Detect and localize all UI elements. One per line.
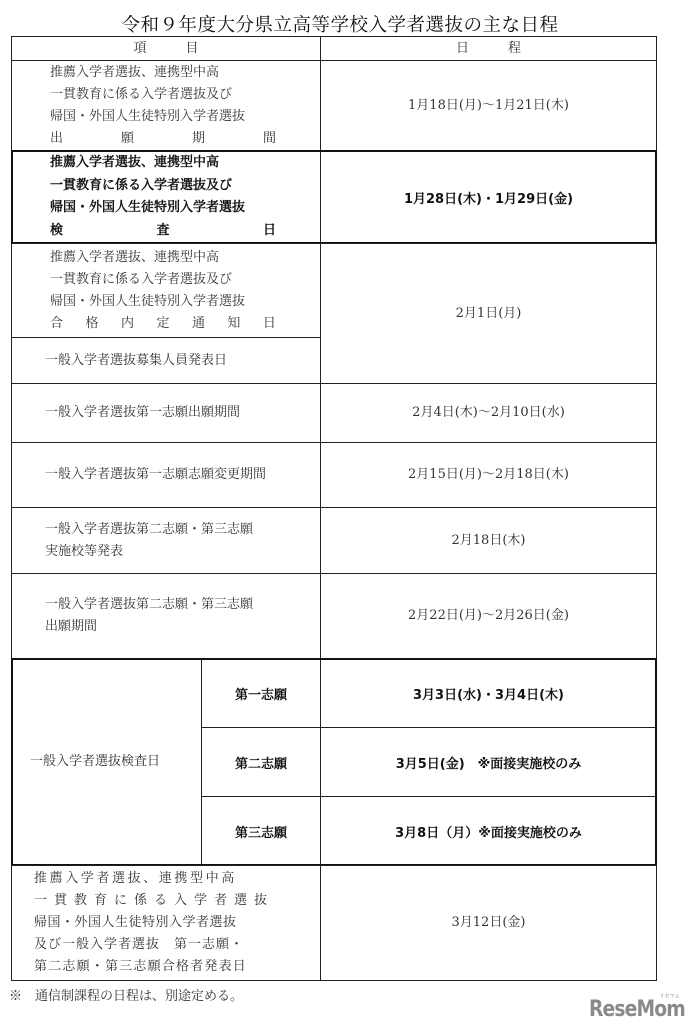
item-line: 一般入学者選抜検査日	[30, 751, 201, 773]
header-date: 日 程	[320, 36, 657, 61]
date-value: 3月3日(水)・3月4日(木)	[413, 684, 564, 703]
exam-sub-label: 第一志願	[201, 658, 321, 728]
date-value: 3月12日(金)	[452, 912, 526, 934]
item-line: 第二志願・第三志願合格者発表日	[34, 956, 320, 978]
item-char: 間	[263, 128, 276, 150]
table-row-item: 推薦入学者選抜、連携型中高 一貫教育に係る入学者選抜及び 帰国・外国人生徒特別入…	[11, 60, 321, 151]
sub-label: 第三志願	[235, 822, 287, 841]
item-line: 一貫教育に係る入学者選抜	[34, 890, 320, 912]
sub-label: 第二志願	[235, 753, 287, 772]
item-char: 査	[156, 220, 169, 243]
table-row-date: 2月1日(月)	[320, 243, 657, 384]
exam-sub-date: 3月5日(金) ※面接実施校のみ	[320, 727, 657, 797]
item-line: 推薦入学者選抜、連携型中高	[50, 62, 320, 84]
header-item: 項 目	[11, 36, 321, 61]
table-row-date: 2月4日(木)～2月10日(水)	[320, 383, 657, 443]
date-value: 2月15日(月)～2月18日(木)	[408, 464, 569, 486]
logo-text: ReseMom	[589, 997, 685, 1022]
date-value: 2月18日(木)	[452, 530, 526, 552]
item-line: 一般入学者選抜第二志願・第三志願	[45, 594, 320, 616]
table-row-item: 一般入学者選抜第二志願・第三志願 出願期間	[11, 573, 321, 659]
item-line: 一般入学者選抜第一志願志願変更期間	[45, 464, 320, 486]
item-line: 一貫教育に係る入学者選抜及び	[50, 84, 320, 106]
date-value: 1月28日(木)・1月29日(金)	[404, 188, 573, 207]
header-date-label: 日 程	[456, 38, 521, 60]
table-row-item: 一般入学者選抜第二志願・第三志願 実施校等発表	[11, 507, 321, 574]
date-value: 2月22日(月)～2月26日(金)	[408, 605, 569, 627]
item-char: 内	[121, 313, 134, 335]
table-row-date: 2月15日(月)～2月18日(木)	[320, 442, 657, 508]
item-char: 格	[85, 313, 98, 335]
date-value: 3月8日（月）※面接実施校のみ	[395, 822, 582, 841]
date-value: 3月5日(金) ※面接実施校のみ	[396, 753, 582, 772]
table-row-item: 一般入学者選抜第一志願出願期間	[11, 383, 321, 443]
item-line: 一貫教育に係る入学者選抜及び	[50, 269, 320, 291]
item-line: 実施校等発表	[45, 541, 320, 563]
item-char: 定	[156, 313, 169, 335]
item-line: 出願期間	[45, 616, 320, 638]
header-item-label: 項 目	[133, 38, 198, 60]
item-char: 出	[50, 128, 63, 150]
item-char: 知	[227, 313, 240, 335]
item-char: 合	[50, 313, 63, 335]
table-row-item: 一般入学者選抜第一志願志願変更期間	[11, 442, 321, 508]
exam-item: 一般入学者選抜検査日	[11, 658, 202, 866]
item-line: 推薦入学者選抜、連携型中高	[34, 868, 320, 890]
item-line: 一般入学者選抜第一志願出願期間	[45, 402, 320, 424]
item-line: 一般入学者選抜募集人員発表日	[45, 350, 320, 372]
table-row-date: 1月18日(月)～1月21日(木)	[320, 60, 657, 151]
date-value: 2月1日(月)	[456, 303, 522, 325]
exam-sub-label: 第二志願	[201, 727, 321, 797]
exam-sub-date: 3月3日(水)・3月4日(木)	[320, 658, 657, 728]
item-char: 通	[192, 313, 205, 335]
table-row-date: 1月28日(木)・1月29日(金)	[320, 150, 657, 244]
date-value: 1月18日(月)～1月21日(木)	[408, 95, 569, 117]
item-line: 帰国・外国人生徒特別入学者選抜	[34, 912, 320, 934]
item-line: 推薦入学者選抜、連携型中高	[50, 152, 320, 175]
table-row-item: 一般入学者選抜募集人員発表日	[11, 337, 321, 384]
table-row-date: 3月12日(金)	[320, 865, 657, 981]
item-line: 及び一般入学者選抜 第一志願・	[34, 934, 320, 956]
exam-sub-date: 3月8日（月）※面接実施校のみ	[320, 796, 657, 866]
item-line: 帰国・外国人生徒特別入学者選抜	[50, 291, 320, 313]
table-row-date: 2月22日(月)～2月26日(金)	[320, 573, 657, 659]
resemom-logo: ReseMom リセマム	[589, 997, 685, 1022]
item-line: 推薦入学者選抜、連携型中高	[50, 247, 320, 269]
item-line: 一般入学者選抜第二志願・第三志願	[45, 519, 320, 541]
table-row-date: 2月18日(木)	[320, 507, 657, 574]
sub-label: 第一志願	[235, 684, 287, 703]
footnote: ※ 通信制課程の日程は、別途定める。	[9, 985, 243, 1004]
table-row-item: 推薦入学者選抜、連携型中高 一貫教育に係る入学者選抜及び 帰国・外国人生徒特別入…	[11, 243, 321, 338]
item-char: 検	[50, 220, 63, 243]
item-line: 帰国・外国人生徒特別入学者選抜	[50, 197, 320, 220]
item-char: 願	[121, 128, 134, 150]
page-title: 令和９年度大分県立高等学校入学者選抜の主な日程	[0, 11, 680, 37]
exam-sub-label: 第三志願	[201, 796, 321, 866]
table-row-item: 推薦入学者選抜、連携型中高 一貫教育に係る入学者選抜 帰国・外国人生徒特別入学者…	[11, 865, 321, 981]
table-row-item: 推薦入学者選抜、連携型中高 一貫教育に係る入学者選抜及び 帰国・外国人生徒特別入…	[11, 150, 321, 244]
item-char: 日	[263, 220, 276, 243]
item-line: 帰国・外国人生徒特別入学者選抜	[50, 106, 320, 128]
item-line: 一貫教育に係る入学者選抜及び	[50, 175, 320, 198]
logo-subtext: リセマム	[659, 991, 679, 1000]
date-value: 2月4日(木)～2月10日(水)	[412, 402, 565, 424]
item-char: 期	[192, 128, 205, 150]
item-char: 日	[263, 313, 276, 335]
